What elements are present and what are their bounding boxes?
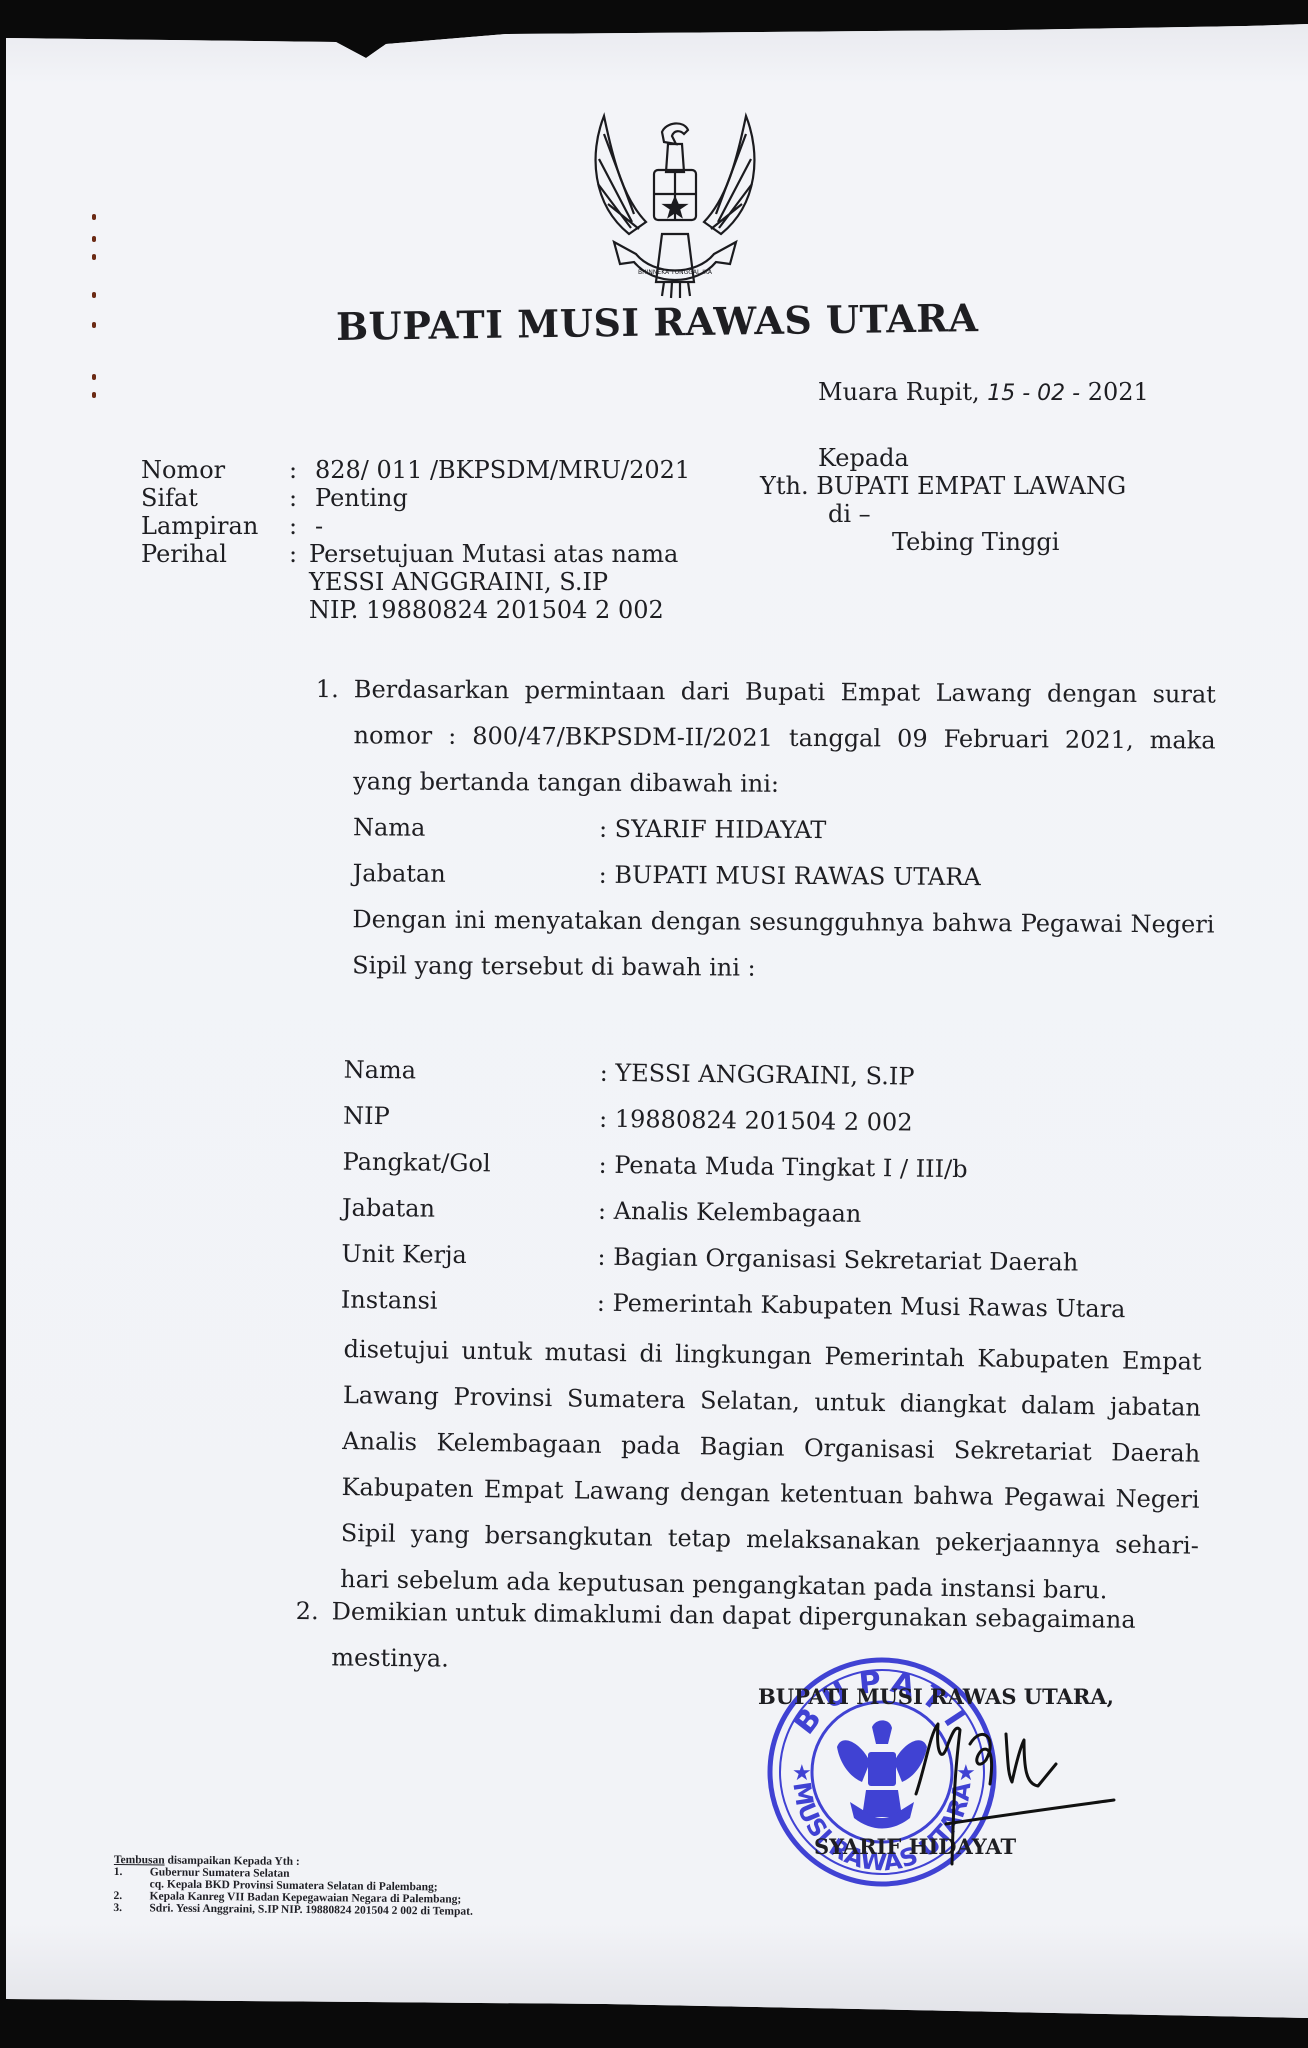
letterhead-title: BUPATI MUSI RAWAS UTARA bbox=[336, 295, 979, 349]
staple-marks bbox=[92, 214, 100, 414]
letter-page: BHINNEKA TUNGGAL IKA BUPATI MUSI RAWAS U… bbox=[6, 24, 1308, 2018]
letter-number: 828/ 011 /BKPSDM/MRU/2021 bbox=[315, 456, 690, 484]
carbon-copy-list: Tembusan disampaikan Kepada Yth : 1.Gube… bbox=[113, 1854, 473, 1918]
employee-details: Nama: YESSI ANGGRAINI, S.IP NIP: 1988082… bbox=[293, 1046, 1196, 1333]
body-item-2: 2. Demikian untuk dimaklumi dan dapat di… bbox=[295, 1588, 1196, 1689]
meta-sifat: Sifat:Penting bbox=[141, 484, 690, 512]
statement-paragraph: Dengan ini menyatakan dengan sesungguhny… bbox=[352, 896, 1215, 993]
place-date: Muara Rupit, 15 - 02 - 2021 bbox=[818, 378, 1149, 406]
meta-lampiran: Lampiran:- bbox=[141, 512, 690, 540]
body-item-1: 1. Berdasarkan permintaan dari Bupati Em… bbox=[314, 666, 1216, 993]
meta-nomor: Nomor:828/ 011 /BKPSDM/MRU/2021 bbox=[141, 456, 690, 484]
handwritten-date: 15 - 02 - bbox=[987, 381, 1080, 406]
letter-meta: Nomor:828/ 011 /BKPSDM/MRU/2021 Sifat:Pe… bbox=[141, 456, 690, 624]
employee-agency-row: Instansi: Pemerintah Kabupaten Musi Rawa… bbox=[341, 1277, 1193, 1333]
place: Muara Rupit, bbox=[818, 378, 980, 406]
year: 2021 bbox=[1088, 378, 1149, 406]
signer-name-row: Nama: SYARIF HIDAYAT bbox=[353, 804, 1215, 855]
svg-text:★: ★ bbox=[792, 1761, 812, 1786]
svg-text:BHINNEKA TUNGGAL IKA: BHINNEKA TUNGGAL IKA bbox=[638, 269, 713, 276]
recipient-address: Kepada Yth. BUPATI EMPAT LAWANG di – Teb… bbox=[760, 444, 1126, 556]
signer-position-row: Jabatan: BUPATI MUSI RAWAS UTARA bbox=[353, 850, 1215, 901]
meta-perihal: Perihal:Persetujuan Mutasi atas nama bbox=[141, 540, 690, 568]
garuda-emblem-icon: BHINNEKA TUNGGAL IKA bbox=[584, 104, 766, 300]
cc-item: 3.Sdri. Yessi Anggraini, S.IP NIP. 19880… bbox=[113, 1902, 473, 1918]
handwritten-signature bbox=[886, 1704, 1116, 1874]
approval-paragraph: disetujui untuk mutasi di lingkungan Pem… bbox=[340, 1326, 1202, 1615]
intro-paragraph: Berdasarkan permintaan dari Bupati Empat… bbox=[353, 666, 1216, 809]
